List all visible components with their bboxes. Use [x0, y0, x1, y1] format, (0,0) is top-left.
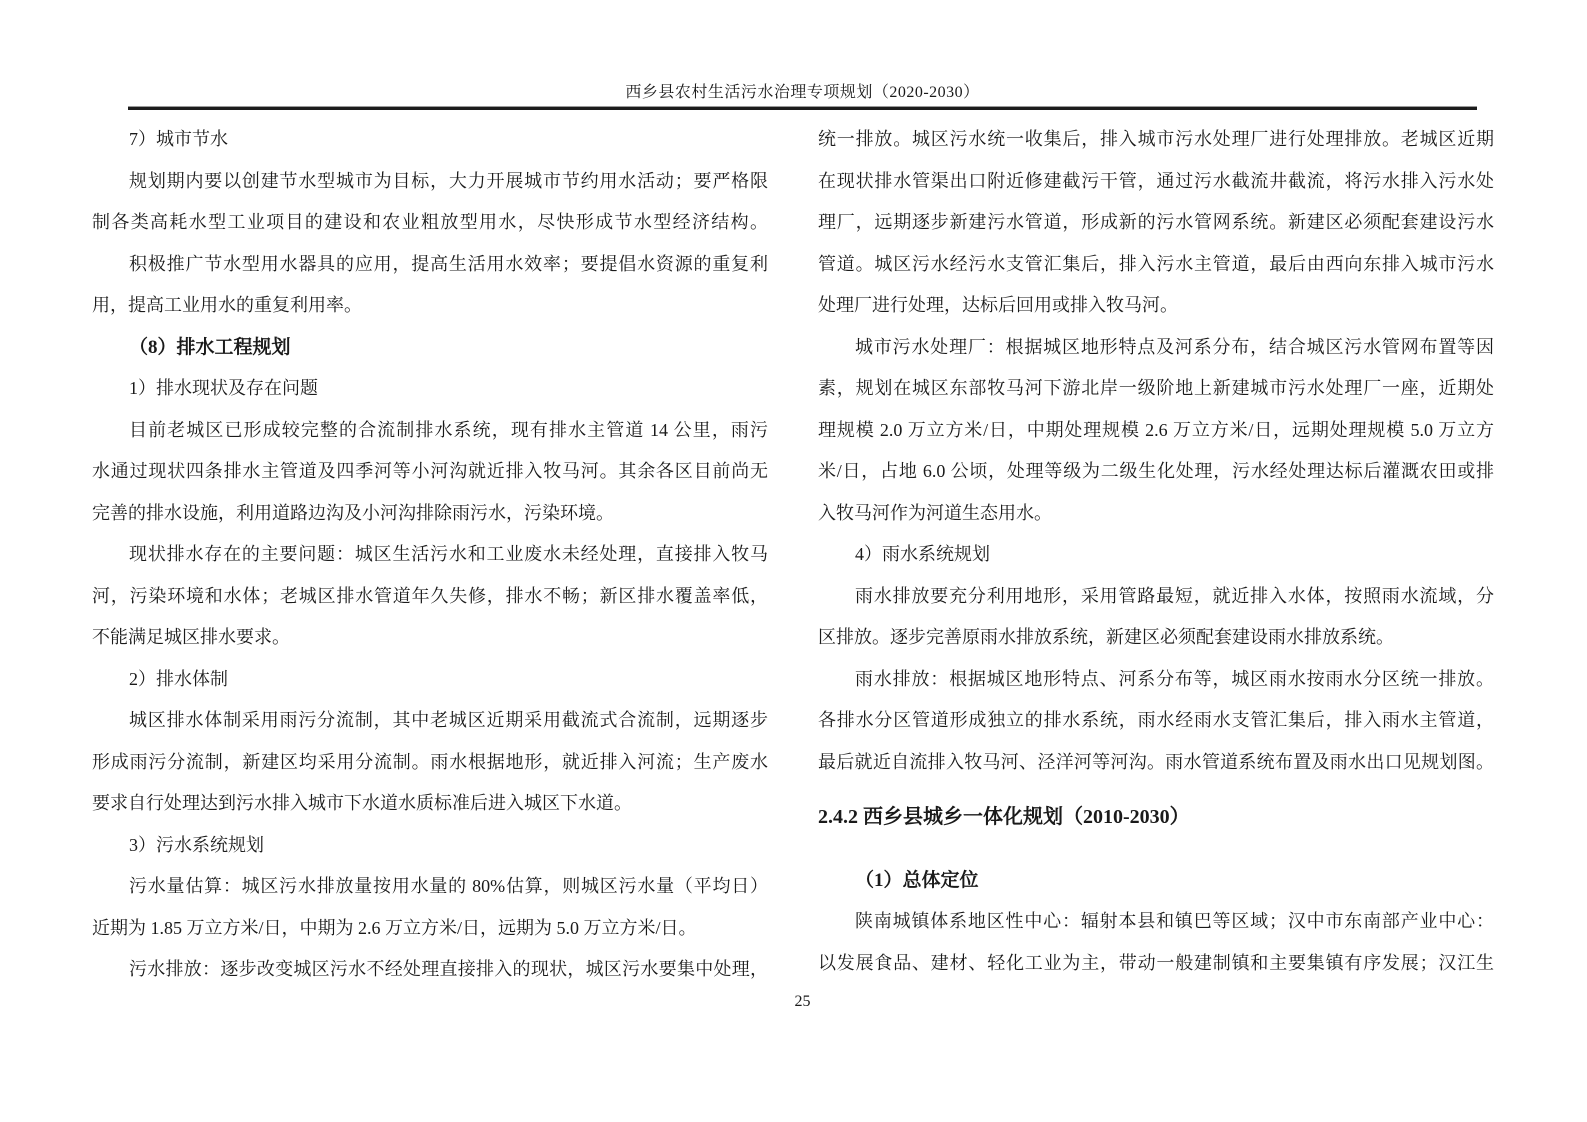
- text-line: 规划期内要以创建节水型城市为目标，大力开展城市节约用水活动；要严格限: [92, 161, 768, 203]
- text-line: （1）总体定位: [818, 860, 1494, 902]
- text-line: 2.4.2 西乡县城乡一体化规划（2010-2030）: [818, 797, 1494, 839]
- document-header-title: 西乡县农村生活污水治理专项规划（2020-2030）: [128, 83, 1477, 103]
- text-line: 污水量估算：城区污水排放量按用水量的 80%估算，则城区污水量（平均日）: [92, 866, 768, 908]
- text-line: 区排放。逐步完善原雨水排放系统，新建区必须配套建设雨水排放系统。: [818, 617, 1494, 659]
- subheading-3-sewage-system-plan: 3）污水系统规划: [92, 825, 768, 867]
- text-line: 城市污水处理厂：根据城区地形特点及河系分布，结合城区污水管网布置等因: [818, 327, 1494, 369]
- subheading-7-city-water-saving: 7）城市节水: [92, 119, 768, 161]
- text-line: 雨水排放：根据城区地形特点、河系分布等，城区雨水按雨水分区统一排放。: [818, 659, 1494, 701]
- paragraph-sewage-discharge-start: 污水排放：逐步改变城区污水不经处理直接排入的现状，城区污水要集中处理，: [92, 949, 768, 991]
- text-line: 水通过现状四条排水主管道及四季河等小河沟就近排入牧马河。其余各区目前尚无: [92, 451, 768, 493]
- subheading-4-rainwater-system-plan: 4）雨水系统规划: [818, 534, 1494, 576]
- text-line: 理厂，远期逐步新建污水管道，形成新的污水管网系统。新建区必须配套建设污水: [818, 202, 1494, 244]
- text-line: 用，提高工业用水的重复利用率。: [92, 285, 768, 327]
- left-column: 7）城市节水规划期内要以创建节水型城市为目标，大力开展城市节约用水活动；要严格限…: [92, 119, 768, 991]
- text-line: 以发展食品、建材、轻化工业为主，带动一般建制镇和主要集镇有序发展；汉江生: [818, 943, 1494, 985]
- text-line: 入牧马河作为河道生态用水。: [818, 493, 1494, 535]
- text-line: 4）雨水系统规划: [818, 534, 1494, 576]
- text-line: 城区排水体制采用雨污分流制，其中老城区近期采用截流式合流制，远期逐步: [92, 700, 768, 742]
- text-line: 积极推广节水型用水器具的应用，提高生活用水效率；要提倡水资源的重复利: [92, 244, 768, 286]
- heading-2-4-2-urban-rural-integration-plan: 2.4.2 西乡县城乡一体化规划（2010-2030）: [818, 797, 1494, 839]
- text-line: 管道。城区污水经污水支管汇集后，排入污水主管道，最后由西向东排入城市污水: [818, 244, 1494, 286]
- text-line: 理规模 2.0 万立方米/日，中期处理规模 2.6 万立方米/日，远期处理规模 …: [818, 410, 1494, 452]
- paragraph-drainage-problems: 现状排水存在的主要问题：城区生活污水和工业废水未经处理，直接排入牧马河，污染环境…: [92, 534, 768, 659]
- text-line: 各排水分区管道形成独立的排水系统，雨水经雨水支管汇集后，排入雨水主管道，: [818, 700, 1494, 742]
- paragraph-sewage-discharge-continued: 统一排放。城区污水统一收集后，排入城市污水处理厂进行处理排放。老城区近期在现状排…: [818, 119, 1494, 327]
- text-line: 完善的排水设施，利用道路边沟及小河沟排除雨污水，污染环境。: [92, 493, 768, 535]
- paragraph-sewage-volume-estimate: 污水量估算：城区污水排放量按用水量的 80%估算，则城区污水量（平均日）近期为 …: [92, 866, 768, 949]
- text-line: 不能满足城区排水要求。: [92, 617, 768, 659]
- paragraph-water-saving-appliances: 积极推广节水型用水器具的应用，提高生活用水效率；要提倡水资源的重复利用，提高工业…: [92, 244, 768, 327]
- text-line: 形成雨污分流制，新建区均采用分流制。雨水根据地形，就近排入河流；生产废水: [92, 742, 768, 784]
- paragraph-overall-positioning: 陕南城镇体系地区性中心：辐射本县和镇巴等区域；汉中市东南部产业中心：以发展食品、…: [818, 901, 1494, 984]
- heading-8-drainage-engineering-plan: （8）排水工程规划: [92, 327, 768, 369]
- paragraph-drainage-status: 目前老城区已形成较完整的合流制排水系统，现有排水主管道 14 公里，雨污水通过现…: [92, 410, 768, 535]
- right-column: 统一排放。城区污水统一收集后，排入城市污水处理厂进行处理排放。老城区近期在现状排…: [818, 119, 1494, 984]
- text-line: 米/日，占地 6.0 公顷，处理等级为二级生化处理，污水经处理达标后灌溉农田或排: [818, 451, 1494, 493]
- paragraph-drainage-system: 城区排水体制采用雨污分流制，其中老城区近期采用截流式合流制，远期逐步形成雨污分流…: [92, 700, 768, 825]
- text-line: 现状排水存在的主要问题：城区生活污水和工业废水未经处理，直接排入牧马: [92, 534, 768, 576]
- text-line: 制各类高耗水型工业项目的建设和农业粗放型用水，尽快形成节水型经济结构。: [92, 202, 768, 244]
- document-page: 西乡县农村生活污水治理专项规划（2020-2030） 7）城市节水规划期内要以创…: [0, 0, 1587, 1122]
- text-line: 处理厂进行处理，达标后回用或排入牧马河。: [818, 285, 1494, 327]
- subheading-2-drainage-system: 2）排水体制: [92, 659, 768, 701]
- text-line: （8）排水工程规划: [92, 327, 768, 369]
- text-line: 雨水排放要充分利用地形，采用管路最短，就近排入水体，按照雨水流域，分: [818, 576, 1494, 618]
- page-number: 25: [128, 992, 1477, 1012]
- text-line: 7）城市节水: [92, 119, 768, 161]
- text-line: 在现状排水管渠出口附近修建截污干管，通过污水截流井截流，将污水排入污水处: [818, 161, 1494, 203]
- text-line: 统一排放。城区污水统一收集后，排入城市污水处理厂进行处理排放。老城区近期: [818, 119, 1494, 161]
- text-line: 污水排放：逐步改变城区污水不经处理直接排入的现状，城区污水要集中处理，: [92, 949, 768, 991]
- text-line: 河，污染环境和水体；老城区排水管道年久失修，排水不畅；新区排水覆盖率低，: [92, 576, 768, 618]
- text-line: 要求自行处理达到污水排入城市下水道水质标准后进入城区下水道。: [92, 783, 768, 825]
- text-line: 目前老城区已形成较完整的合流制排水系统，现有排水主管道 14 公里，雨污: [92, 410, 768, 452]
- paragraph-rainwater-discharge-principle: 雨水排放要充分利用地形，采用管路最短，就近排入水体，按照雨水流域，分区排放。逐步…: [818, 576, 1494, 659]
- text-line: 陕南城镇体系地区性中心：辐射本县和镇巴等区域；汉中市东南部产业中心：: [818, 901, 1494, 943]
- text-line: 2）排水体制: [92, 659, 768, 701]
- paragraph-rainwater-discharge-detail: 雨水排放：根据城区地形特点、河系分布等，城区雨水按雨水分区统一排放。各排水分区管…: [818, 659, 1494, 784]
- paragraph-water-saving-goal: 规划期内要以创建节水型城市为目标，大力开展城市节约用水活动；要严格限制各类高耗水…: [92, 161, 768, 244]
- heading-1-overall-positioning: （1）总体定位: [818, 860, 1494, 902]
- header-rule: [128, 106, 1477, 110]
- paragraph-sewage-treatment-plant: 城市污水处理厂：根据城区地形特点及河系分布，结合城区污水管网布置等因素，规划在城…: [818, 327, 1494, 535]
- text-line: 最后就近自流排入牧马河、泾洋河等河沟。雨水管道系统布置及雨水出口见规划图。: [818, 742, 1494, 784]
- text-line: 素，规划在城区东部牧马河下游北岸一级阶地上新建城市污水处理厂一座，近期处: [818, 368, 1494, 410]
- text-line: 1）排水现状及存在问题: [92, 368, 768, 410]
- subheading-1-drainage-status: 1）排水现状及存在问题: [92, 368, 768, 410]
- text-line: 近期为 1.85 万立方米/日，中期为 2.6 万立方米/日，远期为 5.0 万…: [92, 908, 768, 950]
- text-line: 3）污水系统规划: [92, 825, 768, 867]
